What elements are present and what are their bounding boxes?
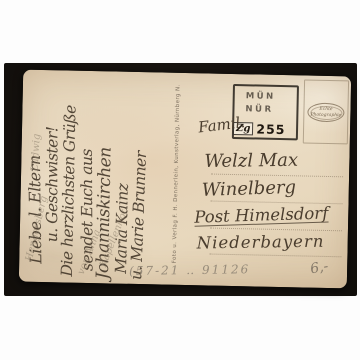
address-post-office: Post Himelsdorf [194,204,329,227]
faint-pencil-note: Ludwig [30,133,43,171]
address-recipient-name: Welzl Max [204,150,298,172]
address-place: Winelberg [202,177,297,201]
address-ruling-line [210,228,342,232]
postmark-train-number: 255 [256,121,285,137]
dealer-price-note: 6,- [309,258,330,277]
publisher-imprint: Foto u. Verlag F. H. Dennerlein, Kunstve… [172,90,184,263]
postcard-back: MÜN NÜR Zg 255 Echte Photographie Foto u… [19,70,351,289]
photo-backdrop: MÜN NÜR Zg 255 Echte Photographie Foto u… [4,63,357,296]
dealer-catalog-number: (57-21 ‥ 91126 [129,262,250,278]
echte-photographie-oval-logo: Echte Photographie [307,103,344,123]
stamp-field-box: Echte Photographie [303,79,349,144]
postmark-route-line1: MÜN [246,90,297,104]
address-region: Niederbayern [197,232,325,253]
oval-inner-ring [310,105,342,120]
postmark-route-line2: NÜR [245,103,296,117]
address-ruling-line [209,254,341,258]
